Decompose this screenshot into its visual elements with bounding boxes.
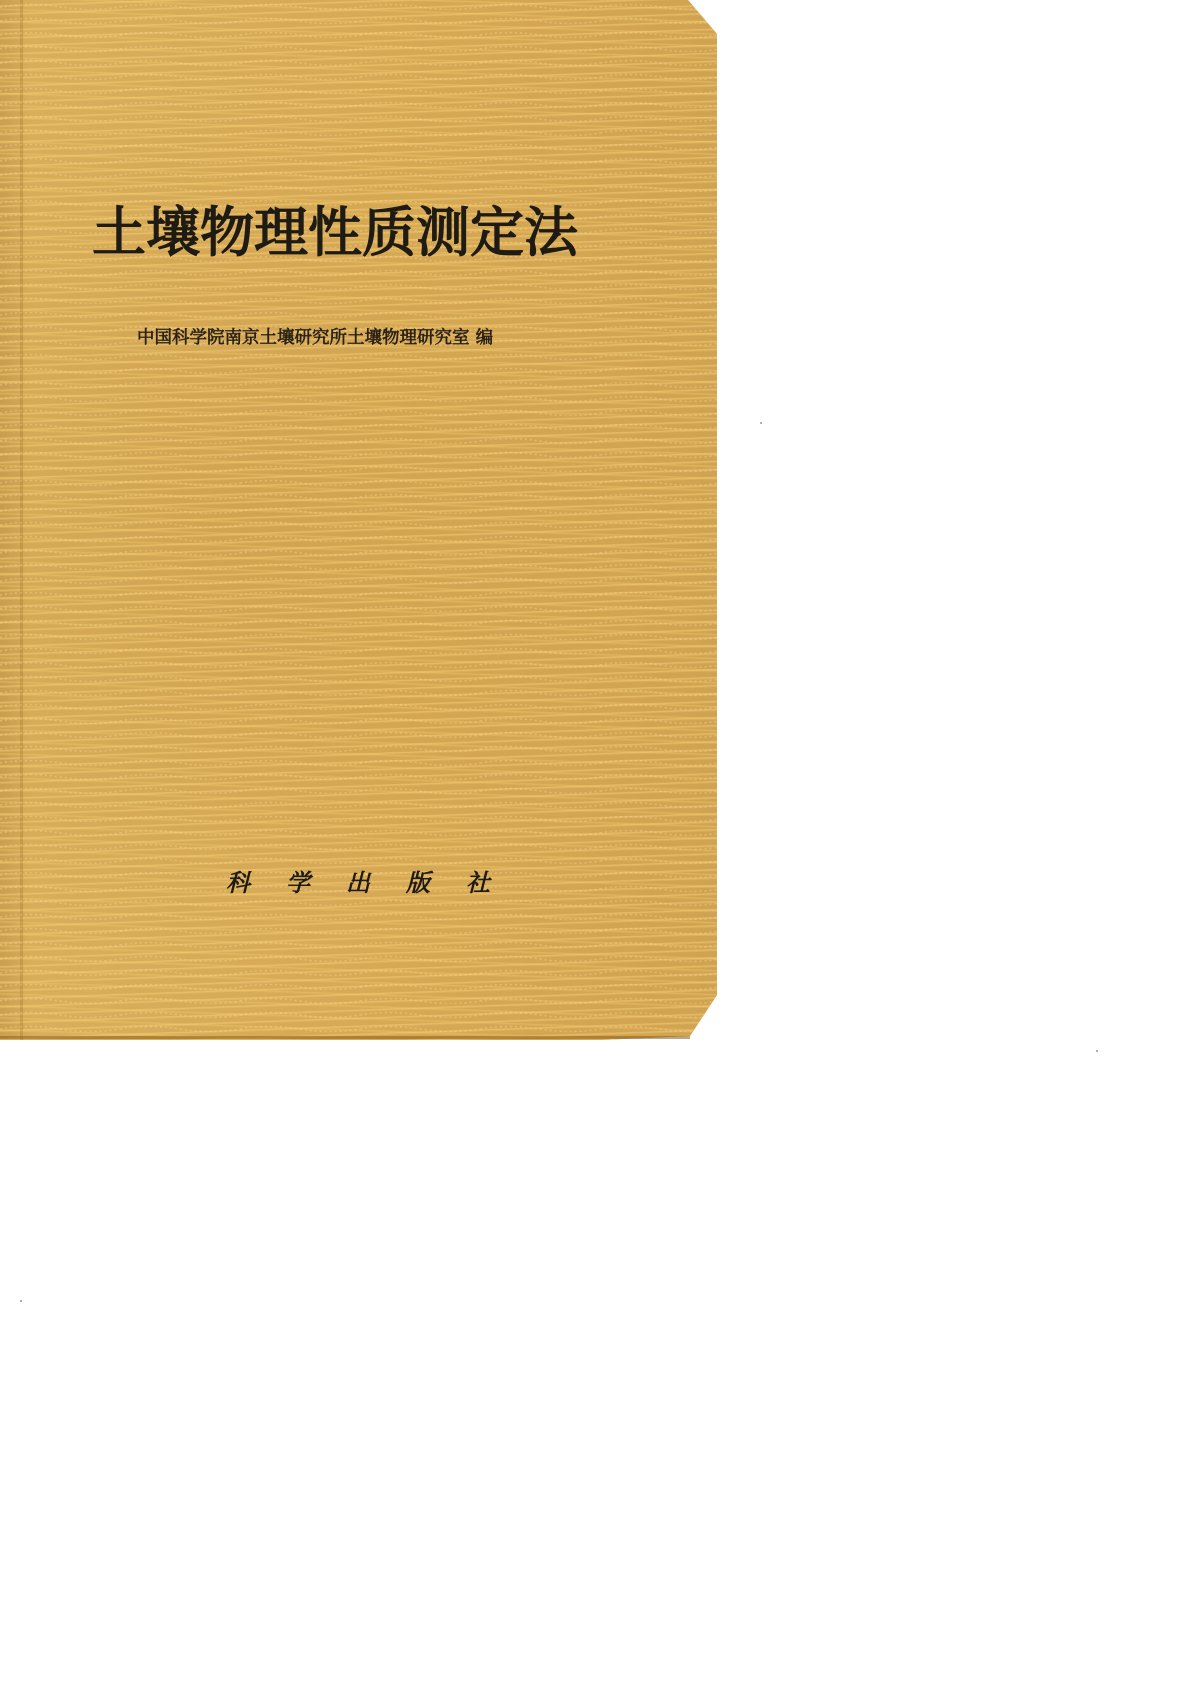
scan-speck xyxy=(760,422,762,424)
spine-crease xyxy=(20,0,23,1040)
scan-speck xyxy=(20,1300,22,1302)
book-title: 土壤物理性质测定法 xyxy=(92,190,592,276)
scan-speck xyxy=(1096,1050,1098,1052)
editor-credit: 中国科学院南京土壤研究所土壤物理研究室 编 xyxy=(137,326,493,350)
publisher-name: 科学出版社 xyxy=(226,866,526,900)
cover-bottom-edge xyxy=(0,1036,690,1039)
book-cover: 土壤物理性质测定法 中国科学院南京土壤研究所土壤物理研究室 编 科学出版社 xyxy=(0,0,717,1040)
